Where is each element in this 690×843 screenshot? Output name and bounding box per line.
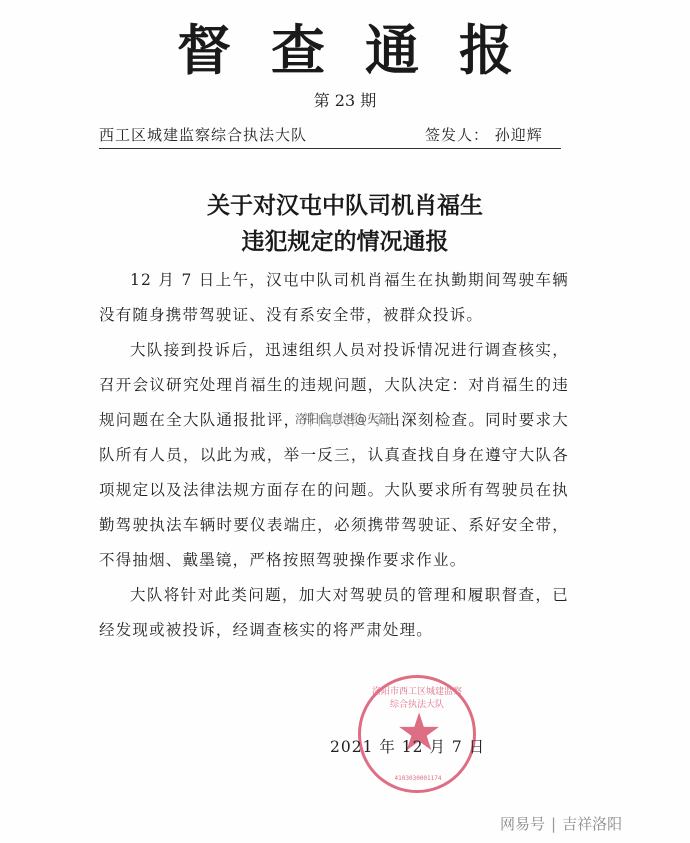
signer: 签发人： 孙迎辉 <box>425 124 543 145</box>
document-page: 督查通报 第 23 期 西工区城建监察综合执法大队 签发人： 孙迎辉 关于对汉屯… <box>0 0 690 843</box>
divider: | <box>551 815 556 833</box>
issue-number: 第 23 期 <box>0 88 690 111</box>
notice-title: 关于对汉屯中队司机肖福生 违犯规定的情况通报 <box>0 188 690 260</box>
platform-name: 网易号 <box>500 815 545 833</box>
organization-name: 西工区城建监察综合执法大队 <box>99 124 307 145</box>
notice-date: 2021 年 12 月 7 日 <box>330 735 485 757</box>
masthead-title: 督查通报 <box>0 8 690 85</box>
watermark-center: 洛阳信息港@火箭 <box>295 410 391 427</box>
notice-title-line-2: 违犯规定的情况通报 <box>0 224 690 260</box>
seal-code: 4103030001174 <box>381 775 455 782</box>
issuer-line: 西工区城建监察综合执法大队 签发人： 孙迎辉 <box>99 124 561 149</box>
official-seal: 洛阳市西工区城建监察综合执法大队 ★ 4103030001174 <box>358 675 476 793</box>
paragraph: 大队将针对此类问题，加大对驾驶员的管理和履职督查，已经发现或被投诉，经调查核实的… <box>99 578 569 648</box>
account-name: 吉祥洛阳 <box>562 815 622 833</box>
notice-title-line-1: 关于对汉屯中队司机肖福生 <box>0 188 690 224</box>
notice-body: 12 月 7 日上午，汉屯中队司机肖福生在执勤期间驾驶车辆没有随身携带驾驶证、没… <box>99 263 569 648</box>
footer-watermark: 网易号|吉祥洛阳 <box>500 813 622 834</box>
paragraph: 12 月 7 日上午，汉屯中队司机肖福生在执勤期间驾驶车辆没有随身携带驾驶证、没… <box>99 263 569 333</box>
paragraph: 大队接到投诉后，迅速组织人员对投诉情况进行调查核实，召开会议研究处理肖福生的违规… <box>99 333 569 578</box>
